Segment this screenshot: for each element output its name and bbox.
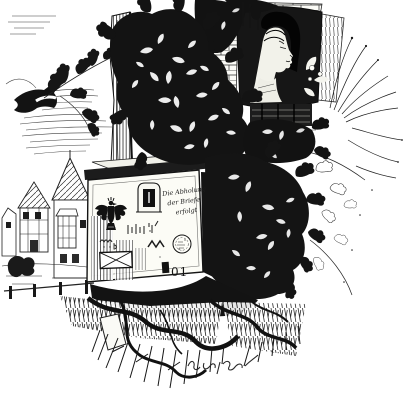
tall-roof: [52, 158, 90, 200]
far-left-house: [2, 208, 16, 256]
letter-slot-icon: [136, 183, 162, 212]
box-number: 01: [171, 265, 188, 279]
bush: [8, 256, 35, 277]
postal-seal-icon: [173, 235, 191, 253]
oriel-roof: [56, 209, 78, 216]
envelope-icon: [100, 251, 133, 268]
oriel-window: [58, 216, 76, 248]
latch: [162, 262, 170, 273]
ivy-foliage-band: [244, 116, 333, 163]
illustration-canvas: Die Abholung der Briefe erfolgt 01: [0, 0, 410, 400]
side-twigs: [300, 128, 403, 295]
engraving-illustration: Die Abholung der Briefe erfolgt 01: [0, 0, 410, 400]
gable-house-roof: [18, 182, 50, 208]
sketchy-outline-leaves: [313, 159, 358, 271]
